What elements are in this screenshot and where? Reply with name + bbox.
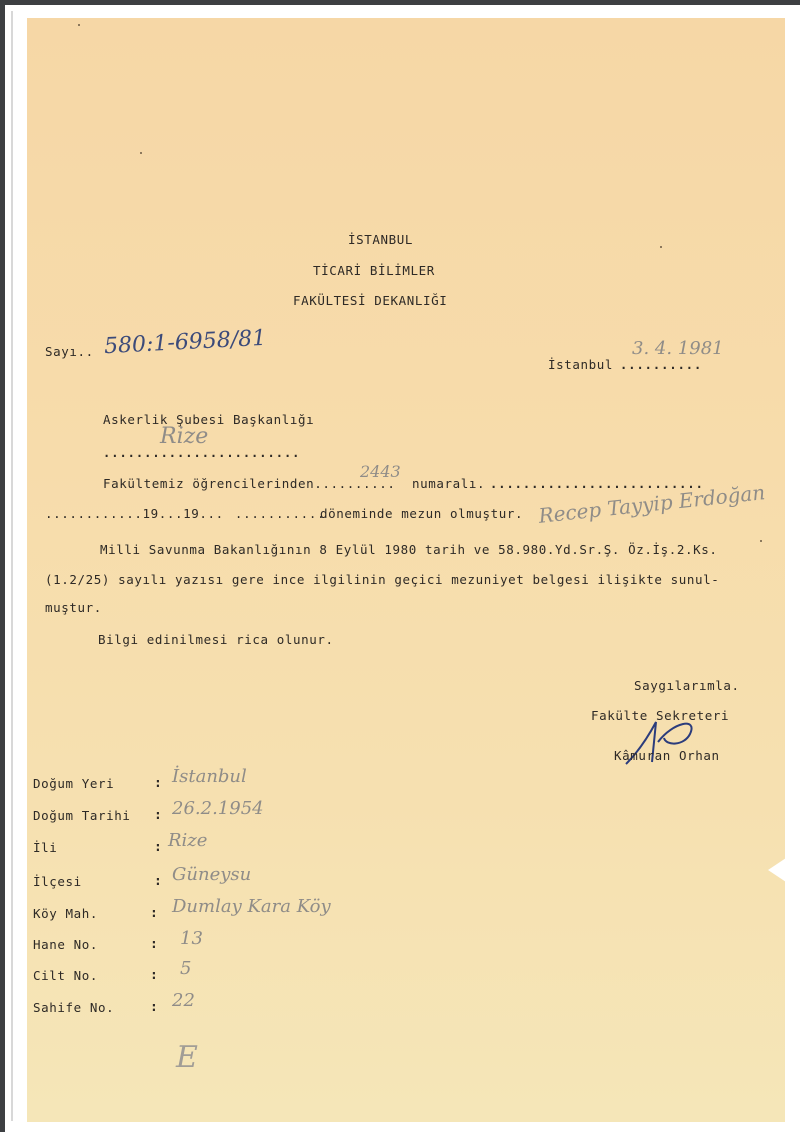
body-ministry-line2: (1.2/25) sayılı yazısı gere ince ilgilin… [45, 572, 719, 587]
field-value-birthdate: 26.2.1954 [172, 798, 264, 819]
date-dots: .......... [620, 358, 702, 372]
signature-name: Kâmuran Orhan [614, 748, 720, 763]
field-value-volume-no: 5 [180, 958, 191, 979]
field-colon: : [150, 906, 158, 921]
paper-speck [760, 540, 762, 542]
header-deanship: FAKÜLTESİ DEKANLIĞI [293, 293, 447, 308]
reference-label: Sayı.. [45, 344, 94, 359]
body-numbered: numaralı. [412, 476, 485, 491]
body-graduated: döneminde mezun olmuştur. [320, 506, 523, 521]
field-colon: : [154, 808, 162, 823]
field-colon: : [154, 840, 162, 855]
date-handwritten: 3. 4. 1981 [632, 338, 724, 359]
body-ministry-line3: muştur. [45, 600, 102, 615]
recipient-dots: ........................ [103, 446, 300, 460]
paper-speck [140, 152, 142, 154]
field-label-birthdate: Doğum Tarihi [33, 808, 131, 823]
date-city-label: İstanbul [548, 357, 613, 372]
page-edge-shadow [11, 11, 13, 1121]
paper-speck [660, 246, 662, 248]
field-colon: : [150, 968, 158, 983]
footer-initial: E [176, 1040, 198, 1075]
paper-tear-notch [768, 858, 786, 882]
signature-scribble-icon [618, 712, 708, 772]
field-label-page-no: Sahife No. [33, 1000, 114, 1015]
field-label-province: İli [33, 840, 57, 855]
field-label-household-no: Hane No. [33, 937, 98, 952]
header-city: İSTANBUL [348, 232, 413, 247]
field-label-volume-no: Cilt No. [33, 968, 98, 983]
student-number: 2443 [360, 462, 401, 481]
field-value-province: Rize [168, 830, 207, 851]
body-years: ............19...19... [45, 506, 224, 521]
body-closing: Bilgi edinilmesi rica olunur. [98, 632, 334, 647]
signature-regards: Saygılarımla. [634, 678, 740, 693]
field-colon: : [154, 776, 162, 791]
field-value-village: Dumlay Kara Köy [172, 896, 331, 917]
paper-speck [78, 24, 80, 26]
body-students-intro: Fakültemiz öğrencilerinden.......... [103, 476, 396, 491]
field-label-birthplace: Doğum Yeri [33, 776, 114, 791]
viewer-left-bar [0, 0, 5, 1132]
header-faculty: TİCARİ BİLİMLER [313, 263, 435, 278]
field-value-district: Güneysu [172, 864, 251, 885]
body-period-dots: ........... [235, 507, 325, 521]
field-colon: : [150, 937, 158, 952]
field-value-page-no: 22 [172, 990, 195, 1011]
viewer-top-bar [0, 0, 800, 5]
field-value-household-no: 13 [180, 928, 203, 949]
field-label-district: İlçesi [33, 874, 82, 889]
field-value-birthplace: İstanbul [172, 766, 247, 787]
recipient-office: Askerlik Şubesi Başkanlığı [103, 412, 314, 427]
body-ministry-line1: Milli Savunma Bakanlığının 8 Eylül 1980 … [100, 542, 718, 557]
field-label-village: Köy Mah. [33, 906, 98, 921]
field-colon: : [150, 1000, 158, 1015]
document-page [27, 18, 785, 1122]
field-colon: : [154, 874, 162, 889]
